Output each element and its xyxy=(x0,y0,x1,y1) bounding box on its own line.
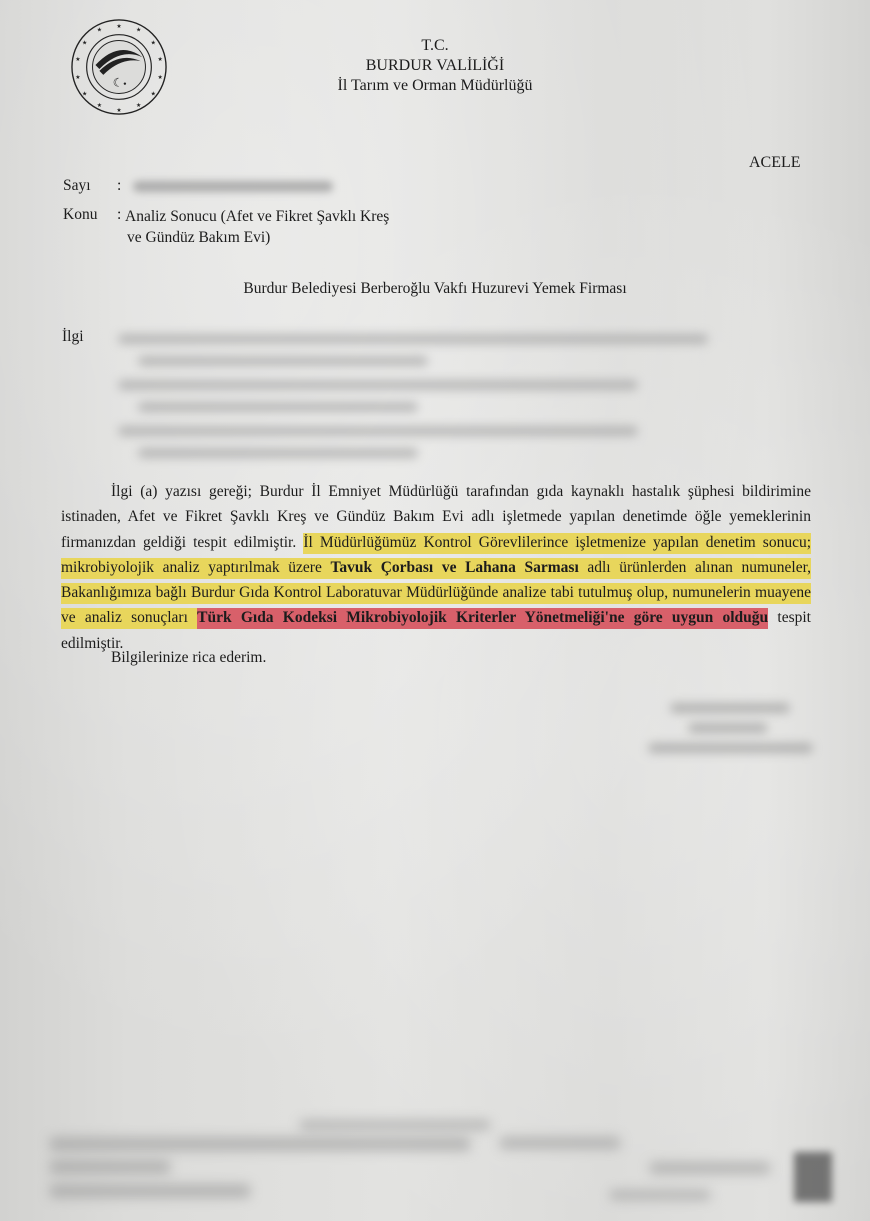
letterhead: T.C. BURDUR VALİLİĞİ İl Tarım ve Orman M… xyxy=(290,36,580,96)
signature-line xyxy=(688,723,768,733)
svg-text:★: ★ xyxy=(151,39,156,46)
letter-body: İlgi (a) yazısı gereği; Burdur İl Emniye… xyxy=(61,479,811,656)
signature-line xyxy=(670,703,790,713)
svg-text:★: ★ xyxy=(116,107,121,114)
sayi-row: Sayı : xyxy=(63,177,333,195)
ilgi-redacted-line xyxy=(138,356,428,366)
footer-redacted xyxy=(50,1112,840,1212)
svg-text:★: ★ xyxy=(82,39,87,46)
signature-redacted xyxy=(640,697,820,761)
konu-colon: : xyxy=(117,206,125,248)
ilgi-redacted-line xyxy=(118,334,708,344)
sayi-redacted xyxy=(133,181,333,192)
footer-line xyxy=(300,1120,490,1130)
footer-line xyxy=(50,1160,170,1174)
ilgi-redacted-line xyxy=(138,402,418,412)
header-tc: T.C. xyxy=(290,36,580,56)
konu-line-2: ve Gündüz Bakım Evi) xyxy=(125,229,270,246)
svg-text:★: ★ xyxy=(82,90,87,97)
svg-text:★: ★ xyxy=(136,27,141,34)
konu-row: Konu : Analiz Sonucu (Afet ve Fikret Şav… xyxy=(63,206,389,248)
body-paragraph: İlgi (a) yazısı gereği; Burdur İl Emniye… xyxy=(61,479,811,656)
recipient: Burdur Belediyesi Berberoğlu Vakfı Huzur… xyxy=(0,280,870,298)
sayi-colon: : xyxy=(117,177,125,195)
svg-text:★: ★ xyxy=(158,74,163,81)
ilgi-label: İlgi xyxy=(62,328,84,346)
konu-line-1: Analiz Sonucu (Afet ve Fikret Şavklı Kre… xyxy=(125,208,389,225)
document-page: ★ ★ ★ ★ ★ ★ ★ ★ ★ ★ ★ ★ ★ ★ ☾ T.C. BURDU… xyxy=(0,0,870,1221)
svg-text:★: ★ xyxy=(75,56,80,63)
signature-line xyxy=(648,743,813,753)
svg-text:★: ★ xyxy=(151,90,156,97)
svg-text:★: ★ xyxy=(97,102,102,109)
qr-code-icon xyxy=(794,1152,832,1202)
header-governorship: BURDUR VALİLİĞİ xyxy=(290,56,580,76)
konu-label: Konu xyxy=(63,206,117,248)
closing-line: Bilgilerinize rica ederim. xyxy=(111,649,266,667)
svg-text:★: ★ xyxy=(136,102,141,109)
footer-line xyxy=(50,1184,250,1198)
ilgi-redacted-line xyxy=(118,426,638,436)
red-highlight-result: Türk Gıda Kodeksi Mikrobiyolojik Kriterl… xyxy=(197,608,768,629)
svg-text:★: ★ xyxy=(97,27,102,34)
ministry-seal-icon: ★ ★ ★ ★ ★ ★ ★ ★ ★ ★ ★ ★ ★ ★ ☾ xyxy=(70,18,168,116)
footer-line xyxy=(650,1162,770,1174)
header-directorate: İl Tarım ve Orman Müdürlüğü xyxy=(290,76,580,96)
product-names: Tavuk Çorbası ve Lahana Sarması xyxy=(330,559,578,576)
footer-line xyxy=(50,1137,470,1151)
urgency-label: ACELE xyxy=(749,154,801,172)
ilgi-redacted-line xyxy=(138,448,418,458)
svg-text:☾: ☾ xyxy=(113,76,124,90)
footer-line xyxy=(610,1190,710,1200)
svg-text:★: ★ xyxy=(75,74,80,81)
svg-text:★: ★ xyxy=(116,23,121,30)
ilgi-redacted-line xyxy=(118,380,638,390)
sayi-label: Sayı xyxy=(63,177,117,195)
svg-text:★: ★ xyxy=(158,56,163,63)
footer-line xyxy=(500,1137,620,1149)
